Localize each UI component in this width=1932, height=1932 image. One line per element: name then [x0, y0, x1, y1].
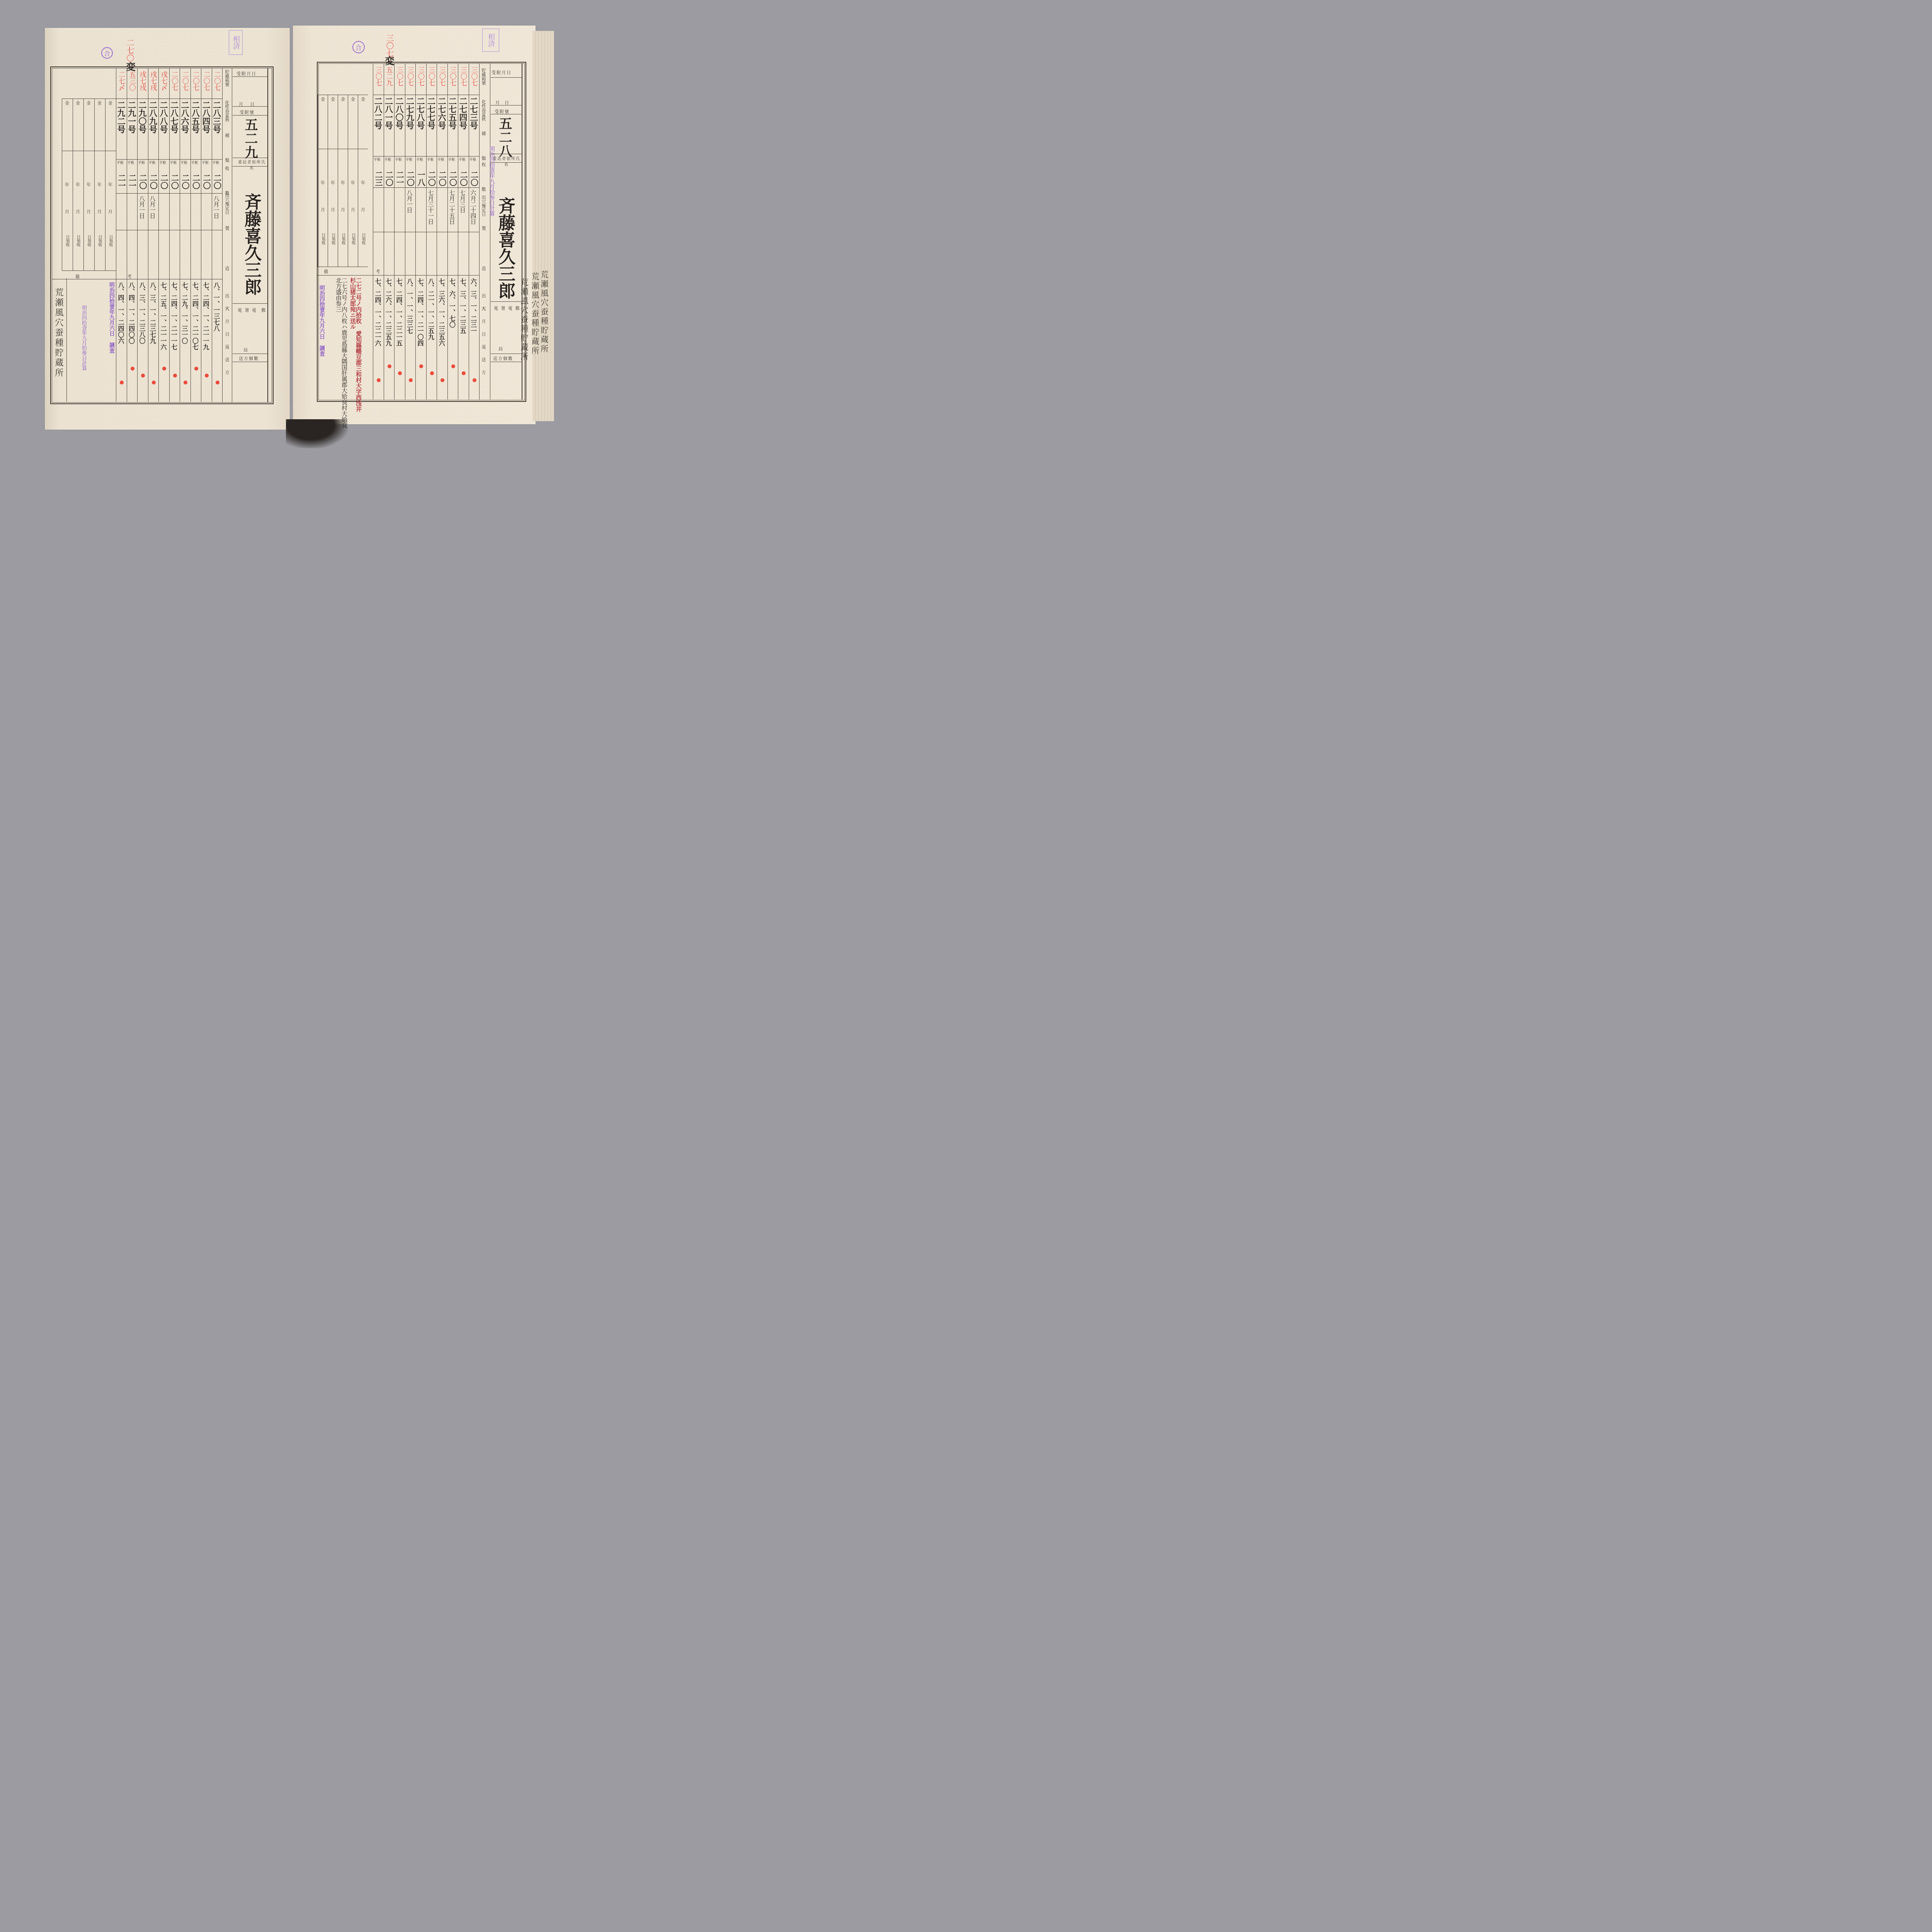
page-edge-stack	[532, 31, 554, 421]
red-seal-dot	[131, 367, 134, 371]
right-survey-stamp: 明治四拾壹年九月六日 調査	[319, 285, 325, 356]
month-label: 月	[361, 207, 365, 213]
right-label-variety: 化性春夏秋	[481, 100, 486, 121]
box-number-red: 五三〇	[128, 71, 135, 91]
entry-number: 二八四号	[202, 101, 210, 159]
left-remarks-header: 備 考	[75, 274, 155, 280]
frame-unit: 平框	[384, 157, 391, 162]
frame-unit: 平框	[395, 157, 402, 162]
day-received-label: 日領收	[351, 233, 355, 245]
fee-label: 金	[97, 100, 102, 106]
box-number-red: 戌七戌	[139, 71, 145, 91]
planned-exit-date: 八月一日	[406, 190, 412, 213]
left-shipping-count: 送方個數	[239, 355, 259, 362]
return-date: 七、二九、一、三一〇	[181, 282, 187, 389]
right-remarks-header: 備 考	[324, 269, 403, 275]
left-label-planned: 出穴豫定日	[225, 193, 229, 214]
month-label: 月	[108, 209, 112, 215]
left-receipt-number: 五二九	[243, 118, 257, 160]
entry-number: 二八七号	[170, 101, 179, 159]
right-office: 局	[498, 346, 503, 352]
year-label: 年	[108, 182, 112, 188]
month-label: 月	[65, 209, 69, 215]
red-seal-dot	[440, 378, 444, 382]
box-number-red: 三〇七	[374, 66, 381, 86]
planned-exit-date: 七月二十五日	[449, 190, 455, 224]
return-date: 七、二四、一、二一〇七	[192, 282, 198, 389]
entry-number: 二八一号	[385, 97, 393, 155]
left-checked-stamp: 相済	[229, 30, 243, 55]
return-date: 七、三六、一、二三五六	[438, 278, 444, 387]
right-calc-stamp: 明治四拾壹年九月拾参日計算	[489, 146, 495, 216]
left-label-variety: 化性春夏秋	[225, 100, 229, 122]
return-date: 七、六、一、七〇	[449, 278, 455, 387]
frame-unit: 平框	[406, 157, 413, 162]
box-number-red: 二七〆	[117, 71, 124, 91]
return-date: 七、二四、一、二二一五	[396, 278, 402, 387]
sheet-count: 二一	[396, 171, 403, 186]
frame-unit: 平框	[437, 157, 444, 162]
left-label-exit-return: 出穴月日返送方	[225, 294, 229, 383]
year-label: 年	[65, 182, 69, 188]
box-number-red: 戌七戌	[150, 71, 156, 91]
sheet-count: 二〇	[150, 174, 157, 189]
sheet-count: 二一	[128, 174, 136, 189]
day-received-label: 日領收	[76, 235, 80, 247]
frame-unit: 平框	[159, 160, 166, 165]
month-label: 月	[76, 209, 80, 215]
red-seal-dot	[451, 364, 455, 368]
left-postal-telegraph: 電 署 電 郵	[238, 307, 266, 313]
right-postal-telegraph: 電 署 電 郵	[494, 305, 520, 311]
sheet-count: 二〇	[428, 171, 435, 186]
left-calc-stamp: 明治四拾壹年九月拾参日計算	[81, 305, 86, 371]
planned-exit-date: 六月二十四日	[470, 190, 476, 224]
right-top-red-note: 三〇七	[386, 34, 393, 57]
frame-unit: 平框	[427, 157, 434, 162]
entry-number: 二九二号	[117, 101, 125, 159]
return-date: 七、二四、一、二一一七	[171, 282, 177, 389]
right-label-planned: 出穴豫定日	[481, 195, 486, 216]
day-received-label: 日領收	[87, 235, 90, 247]
right-shipping-count: 送方個數	[493, 355, 513, 362]
return-date: 七、二五、一、二一一六	[160, 282, 166, 389]
day-received-label: 日領收	[108, 235, 112, 247]
year-label: 年	[87, 182, 91, 188]
red-seal-dot	[419, 364, 423, 368]
frame-unit: 平框	[202, 160, 209, 165]
left-depositor-name: 斉藤喜久三郎	[243, 193, 260, 295]
box-number-red: 二〇七	[213, 71, 220, 91]
year-label: 年	[351, 180, 355, 186]
left-circle-stamp: 合	[101, 47, 113, 59]
red-seal-dot	[462, 371, 466, 375]
red-seal-dot	[173, 374, 177, 378]
left-depositor-header: 委託者宿所氏名	[236, 159, 267, 170]
red-seal-dot	[409, 378, 413, 382]
frame-unit: 平框	[191, 160, 198, 165]
left-receipt-number-header: 受附號	[240, 109, 255, 116]
box-number-red: 五二九	[385, 66, 392, 86]
day-received-label: 日領收	[97, 235, 101, 247]
red-seal-dot	[120, 381, 124, 384]
box-number-red: 二〇七	[181, 71, 188, 91]
red-seal-dot	[194, 367, 198, 371]
right-receipt-number: 五二八	[498, 117, 511, 158]
return-date: 八、一、一三七八	[213, 282, 219, 389]
fee-label: 金	[331, 96, 335, 102]
frame-unit: 平框	[459, 157, 466, 162]
sheet-count: 二〇	[438, 171, 446, 186]
entry-number: 二七五号	[449, 97, 457, 155]
edge-label-3: 荒瀬風穴蚕種貯蔵所	[540, 270, 548, 354]
planned-exit-date: 七月三十一日	[428, 190, 434, 224]
box-number-red: 二〇七	[202, 71, 209, 91]
right-depositor-name: 斉藤喜久三郎	[497, 197, 514, 299]
planned-exit-date: 八月一日	[139, 196, 145, 219]
return-date: 七、二四、一、二一〇四	[417, 278, 423, 387]
year-label: 年	[321, 180, 325, 186]
edge-label-1: 荒瀬風穴蚕種貯蔵所	[520, 278, 528, 362]
day-received-label: 日領收	[321, 233, 325, 245]
return-date: 七、三、一、二三五	[459, 278, 466, 387]
box-number-red: 三〇七	[449, 66, 456, 86]
fee-label: 金	[321, 96, 325, 102]
month-label: 月	[351, 207, 355, 213]
red-seal-dot	[162, 367, 166, 371]
frame-unit: 平框	[180, 160, 187, 165]
frame-unit: 平框	[149, 160, 156, 165]
sheet-count: 二〇	[192, 174, 200, 189]
left-label-kind: 種 類	[225, 133, 229, 170]
box-number-red: 三〇七	[470, 66, 477, 86]
entry-number: 二七六号	[438, 97, 446, 155]
box-number-red: 戌七〆	[160, 71, 167, 91]
return-date: 七、二六、一、二三五九	[385, 278, 391, 387]
month-label: 月	[321, 207, 325, 213]
right-circle-stamp: 合	[352, 41, 365, 53]
entry-number: 二九一号	[128, 101, 136, 159]
right-label-count: 枚 數	[481, 162, 486, 199]
return-date: 八、二一、一、二五九	[428, 278, 434, 387]
sheet-count: 二〇	[385, 171, 393, 186]
entry-number: 二八三号	[213, 101, 221, 159]
day-received-label: 日領收	[341, 233, 345, 245]
return-date: 七、二四、一、二一一九	[202, 282, 209, 389]
sheet-count: 二〇	[459, 171, 467, 186]
entry-number: 二七九号	[406, 97, 414, 155]
sheet-count: 二〇	[202, 174, 210, 189]
sheet-count: 二〇	[160, 174, 168, 189]
red-seal-dot	[184, 381, 187, 384]
right-black-remark: 二七六号ノ内八枚ハ鹿児島縣大隅国肝属郡大姶良村大姶良 北方盛由参三	[335, 277, 347, 428]
sheet-count: 二〇	[470, 171, 478, 186]
edge-label-2: 荒瀬風穴蚕種貯蔵所	[531, 272, 539, 356]
month-label: 月	[87, 209, 91, 215]
frame-unit: 平框	[117, 160, 124, 165]
entry-number: 二七四号	[459, 97, 467, 155]
fee-label: 金	[65, 100, 69, 106]
entry-number: 二七八号	[417, 97, 425, 155]
frame-unit: 平框	[170, 160, 177, 165]
day-received-label: 日領收	[65, 235, 69, 247]
red-seal-dot	[377, 378, 381, 382]
planned-exit-date: 八月一日	[213, 196, 219, 219]
left-receipt-date-header: 受附月日	[236, 71, 257, 77]
entry-number: 二八五号	[192, 101, 200, 159]
frame-unit: 平框	[213, 160, 219, 165]
left-survey-stamp: 明治四拾壹年九月六日 調査	[109, 282, 114, 353]
frame-unit: 平框	[448, 157, 455, 162]
return-date: 七、二四、一、二二一六	[374, 278, 381, 387]
left-spine-label: 荒瀬風穴蚕種貯蔵所	[54, 288, 63, 378]
left-top-red-note: 二七〇	[126, 39, 134, 62]
fee-label: 金	[351, 96, 355, 102]
sheet-count: 一八	[417, 171, 425, 186]
frame-unit: 平框	[469, 157, 476, 162]
entry-number: 二八〇号	[395, 97, 403, 155]
year-label: 年	[361, 180, 365, 186]
red-seal-dot	[205, 374, 209, 378]
frame-unit: 平框	[374, 157, 381, 162]
fee-label: 金	[361, 96, 365, 102]
right-label-box-no: 貯藏箱號	[481, 68, 486, 85]
sheet-count: 二一	[117, 174, 125, 189]
return-date: 八、三、一、二三七九	[150, 282, 156, 389]
right-checked-stamp: 相済	[482, 29, 499, 52]
month-label: 月	[97, 209, 102, 215]
left-label-box-no: 貯藏箱號	[225, 70, 229, 87]
right-red-remark: 二七二号ノ内拾枚 愛知縣幡豆郡三和村大字西浅井 杉山猪太郎宛ニ送ル	[350, 277, 361, 420]
sheet-count: 二〇	[139, 174, 146, 189]
sheet-count: 二〇	[171, 174, 179, 189]
entry-number: 二八二号	[374, 97, 382, 155]
entry-number: 二九〇号	[138, 101, 146, 159]
sheet-count: 二〇	[406, 171, 414, 186]
box-number-red: 二〇七	[171, 71, 177, 91]
planned-exit-date: 八月一日	[150, 196, 155, 219]
return-date: 八、一、一、三三七	[406, 278, 413, 387]
box-number-red: 三〇七	[396, 66, 402, 86]
sheet-count: 二〇	[181, 174, 189, 189]
red-seal-dot	[430, 371, 434, 375]
box-number-red: 二〇七	[192, 71, 199, 91]
entry-number: 二八八号	[160, 101, 168, 159]
right-top-black-note: 変	[384, 56, 393, 65]
year-label: 年	[76, 182, 80, 188]
box-number-red: 三〇七	[459, 66, 466, 86]
year-label: 年	[97, 182, 102, 188]
entry-number: 二七七号	[427, 97, 435, 155]
red-seal-dot	[473, 378, 476, 382]
box-number-red: 三〇七	[428, 66, 434, 86]
red-seal-dot	[398, 371, 402, 375]
red-seal-dot	[216, 381, 219, 384]
box-number-red: 三〇七	[417, 66, 423, 86]
return-date: 八、三、一、二三八〇	[139, 282, 145, 389]
fee-label: 金	[341, 96, 345, 102]
month-label: 月	[341, 207, 345, 213]
red-seal-dot	[152, 381, 156, 384]
box-number-red: 三〇七	[406, 66, 413, 86]
frame-unit: 平框	[128, 160, 134, 165]
red-seal-dot	[388, 364, 391, 368]
frame-unit: 平框	[138, 160, 145, 165]
frame-unit: 平框	[416, 157, 423, 162]
right-receipt-date-header: 受附月日	[492, 70, 512, 76]
fee-label: 金	[108, 100, 112, 106]
return-date: 八、四、一、二四〇六	[117, 282, 124, 389]
red-seal-dot	[141, 374, 145, 378]
box-number-red: 三〇七	[438, 66, 445, 86]
right-label-exit-return: 出穴月日返送方	[481, 294, 486, 383]
return-date: 八、四、一、二四〇〇	[128, 282, 134, 389]
right-depositor-header: 委託者宿所氏名	[492, 155, 521, 167]
month-label: 月	[331, 207, 335, 213]
year-label: 年	[331, 180, 335, 186]
day-received-label: 日領收	[331, 233, 335, 245]
sheet-count: 二〇	[213, 174, 221, 189]
left-office: 局	[243, 347, 248, 353]
day-received-label: 日領收	[361, 233, 365, 245]
sheet-count: 二三	[374, 171, 382, 186]
entry-number: 二七三号	[470, 97, 478, 155]
sheet-count: 二〇	[449, 171, 457, 186]
planned-exit-date: 七月三日	[459, 190, 465, 213]
fee-label: 金	[87, 100, 91, 106]
return-date: 六、三、一、二三一	[470, 278, 476, 387]
entry-number: 二八九号	[149, 101, 157, 159]
entry-number: 二八六号	[181, 101, 189, 159]
year-label: 年	[341, 180, 345, 186]
fee-label: 金	[76, 100, 80, 106]
